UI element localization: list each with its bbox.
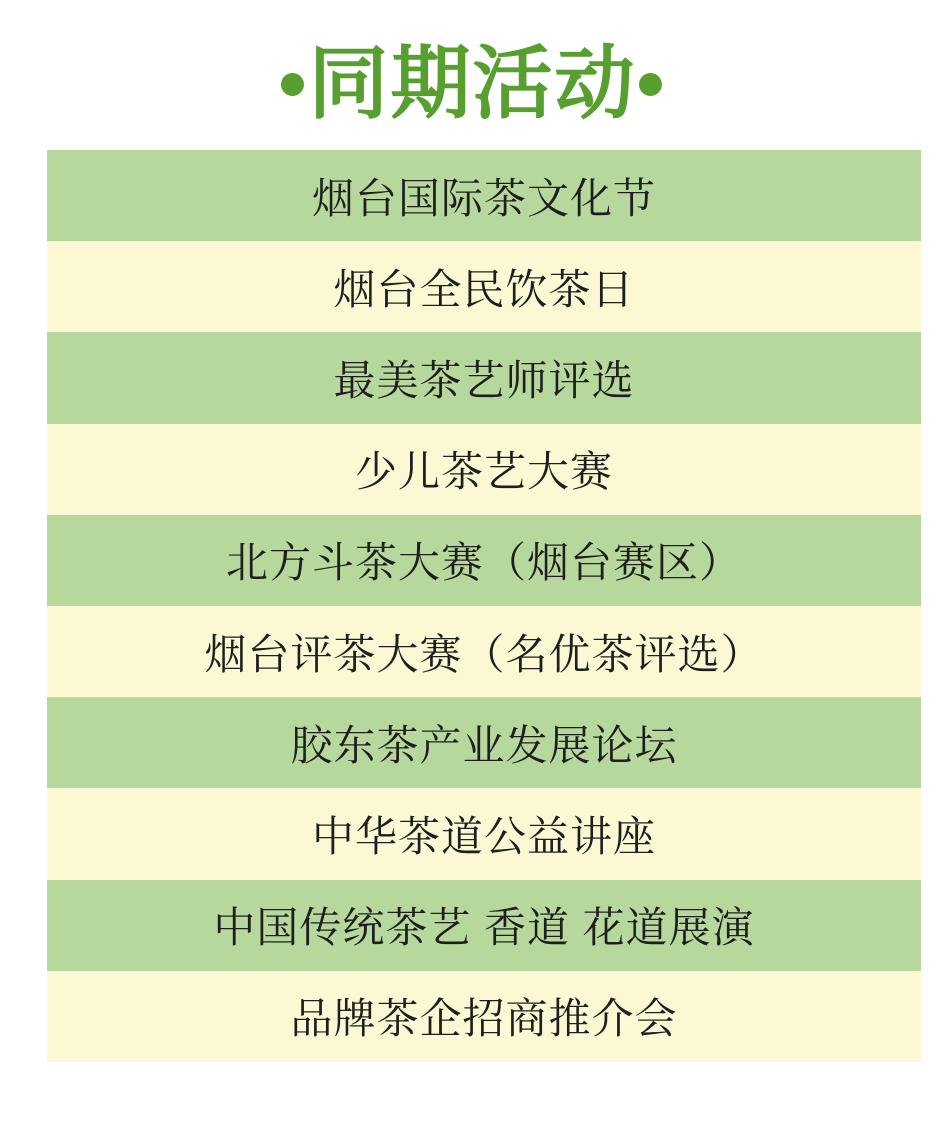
poster: •同期活动• 烟台国际茶文化节 烟台全民饮茶日 最美茶艺师评选 少儿茶艺大赛 北… [0,0,945,1131]
activity-row: 最美茶艺师评选 [47,332,921,423]
activity-label: 烟台国际茶文化节 [312,166,656,226]
activity-label: 北方斗茶大赛（烟台赛区） [226,530,742,590]
page-title: •同期活动• [0,34,945,134]
activity-label: 最美茶艺师评选 [333,348,634,408]
activity-row: 少儿茶艺大赛 [47,424,921,515]
activity-label: 中国传统茶艺 香道 花道展演 [213,895,754,955]
activity-label: 少儿茶艺大赛 [355,439,613,499]
activity-row: 中华茶道公益讲座 [47,788,921,879]
activity-row: 烟台全民饮茶日 [47,241,921,332]
activity-list: 烟台国际茶文化节 烟台全民饮茶日 最美茶艺师评选 少儿茶艺大赛 北方斗茶大赛（烟… [47,150,921,1062]
activity-label: 中华茶道公益讲座 [312,804,656,864]
activity-row: 中国传统茶艺 香道 花道展演 [47,880,921,971]
activity-label: 烟台评茶大赛（名优茶评选） [204,622,763,682]
activity-row: 烟台评茶大赛（名优茶评选） [47,606,921,697]
activity-label: 品牌茶企招商推介会 [290,986,677,1046]
activity-row: 品牌茶企招商推介会 [47,971,921,1062]
activity-row: 胶东茶产业发展论坛 [47,697,921,788]
activity-label: 胶东茶产业发展论坛 [290,713,677,773]
activity-row: 烟台国际茶文化节 [47,150,921,241]
activity-row: 北方斗茶大赛（烟台赛区） [47,515,921,606]
activity-label: 烟台全民饮茶日 [333,257,634,317]
